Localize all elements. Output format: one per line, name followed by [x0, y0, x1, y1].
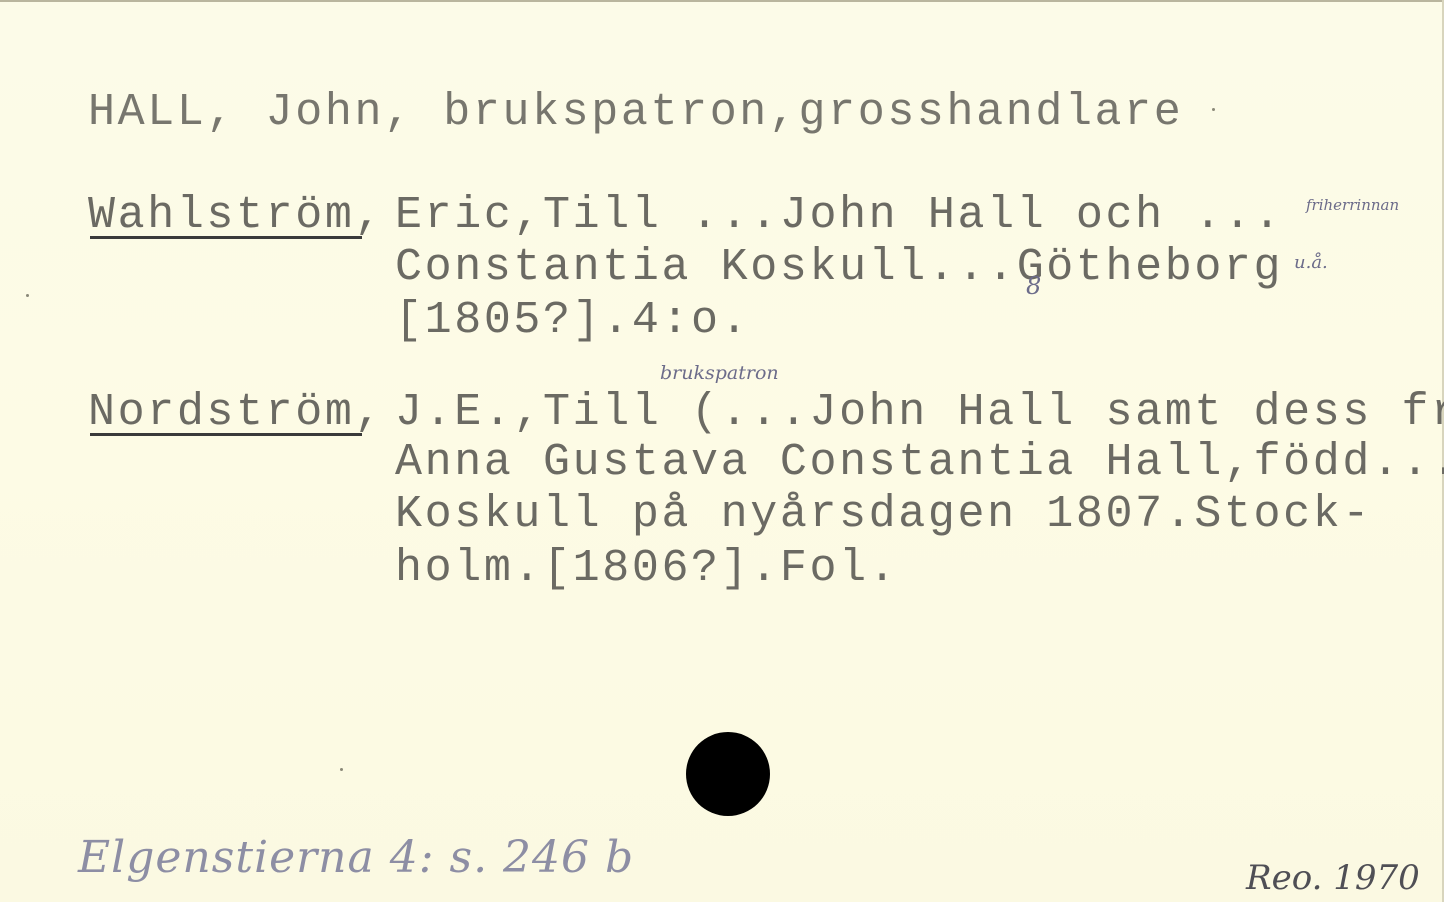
- card-heading: HALL, John, brukspatron,grosshandlare: [88, 90, 1183, 135]
- entry-line: [1805?].4:o.: [395, 298, 750, 343]
- entry-author: Wahlström,: [88, 193, 384, 238]
- speck: [26, 294, 29, 297]
- entry-line: J.E.,Till (...John Hall samt dess fru: [395, 390, 1444, 435]
- punch-hole-icon: [686, 732, 770, 816]
- handwritten-place-note: u.å.: [1294, 252, 1328, 273]
- speck: [1212, 108, 1215, 111]
- handwritten-insert-title: brukspatron: [660, 362, 779, 384]
- entry-line: Constantia Koskull...Götheborg: [395, 245, 1283, 290]
- author-underline: [90, 236, 362, 239]
- entry-line: Koskull på nyårsdagen 1807.Stock-: [395, 492, 1372, 537]
- speck: [340, 768, 343, 771]
- handwritten-register-note: Reo. 1970: [1246, 858, 1420, 898]
- card-top-edge: [0, 0, 1444, 2]
- author-underline: [90, 433, 362, 436]
- handwritten-correction-mark: 8: [1026, 272, 1041, 300]
- entry-author: Nordström,: [88, 390, 384, 435]
- entry-line: Anna Gustava Constantia Hall,född...: [395, 440, 1444, 485]
- entry-line: Eric,Till ...John Hall och ...: [395, 193, 1283, 238]
- handwritten-shelfmark: Elgenstierna 4: s. 246 b: [78, 832, 634, 883]
- entry-line: holm.[1806?].Fol.: [395, 546, 898, 591]
- catalog-card: HALL, John, brukspatron,grosshandlare Wa…: [0, 0, 1444, 902]
- handwritten-insert-title: friherrinnan: [1306, 196, 1399, 214]
